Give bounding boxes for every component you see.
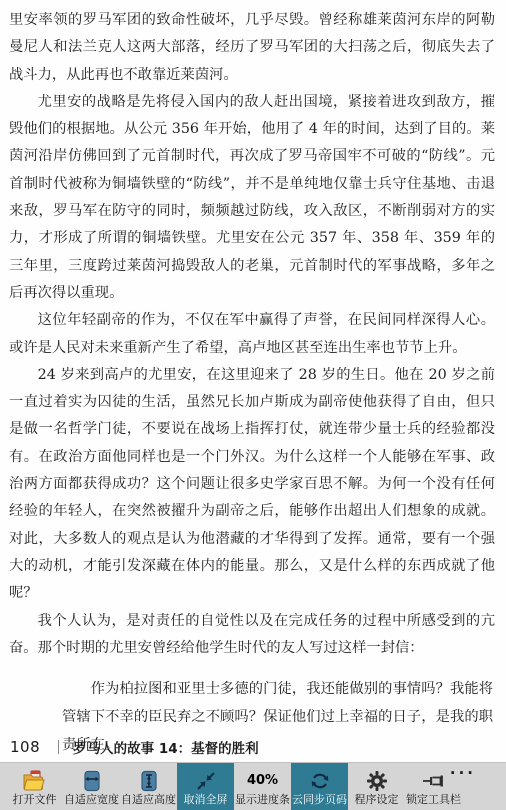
ebook-reader-window: 里安率领的罗马军团的致命性破坏，几乎尽毁。曾经称雄莱茵河东岸的阿勒曼尼人和法兰克… [0,0,506,810]
more-options-icon[interactable]: ··· [450,764,476,782]
book-title: 罗马人的故事 14：基督的胜利 [73,737,259,757]
page-number: 108 [10,738,40,756]
show-progress-button[interactable]: 40% 显示进度条 [234,763,291,810]
toolbar-button-label: 取消全屏 [184,793,228,807]
page-footer: 108 罗马人的故事 14：基督的胜利 [10,735,496,759]
cloud-sync-icon [291,768,348,793]
toolbar: 打开文件 自适应宽度 [0,762,506,810]
toolbar-button-label: 显示进度条 [235,793,290,807]
zoom-level: 40% [247,773,278,788]
exit-fullscreen-button[interactable]: 取消全屏 [177,763,234,810]
toolbar-button-label: 自适应高度 [121,793,176,807]
paragraph: 里安率领的罗马军团的致命性破坏，几乎尽毁。曾经称雄莱茵河东岸的阿勒曼尼人和法兰克… [9,7,495,89]
zoom-percent-text: 40% [234,768,291,793]
toolbar-button-label: 自适应宽度 [64,793,119,807]
paragraph: 我个人认为，是对责任的自觉性以及在完成任务的过程中所感受到的亢奋。那个时期的尤里… [9,608,495,663]
fit-width-button[interactable]: 自适应宽度 [63,763,120,810]
paragraph: 24 岁来到高卢的尤里安，在这里迎来了 28 岁的生日。他在 20 岁之前一直过… [9,362,495,608]
fit-width-icon [63,768,120,793]
page-content: 里安率领的罗马军团的致命性破坏，几乎尽毁。曾经称雄莱茵河东岸的阿勒曼尼人和法兰克… [9,7,495,759]
toolbar-button-label: 云同步页码 [292,793,347,807]
toolbar-button-label: 打开文件 [13,793,57,807]
footer-divider [58,740,59,754]
exit-fullscreen-icon [177,768,234,793]
folder-open-icon [6,768,63,793]
paragraph: 尤里安的战略是先将侵入国内的敌人赶出国境，紧接着进攻到敌方，摧毁他们的根据地。从… [9,89,495,307]
fit-height-icon [120,768,177,793]
toolbar-button-label: 程序设定 [355,793,399,807]
fit-height-button[interactable]: 自适应高度 [120,763,177,810]
paragraph: 这位年轻副帝的作为，不仅在军中赢得了声誉，在民间同样深得人心。或许是人民对未来重… [9,307,495,362]
settings-button[interactable]: 程序设定 [348,763,405,810]
gear-icon [348,768,405,793]
toolbar-button-label: 锁定工具栏 [406,793,461,807]
open-file-button[interactable]: 打开文件 [6,763,63,810]
cloud-sync-page-button[interactable]: 云同步页码 [291,763,348,810]
